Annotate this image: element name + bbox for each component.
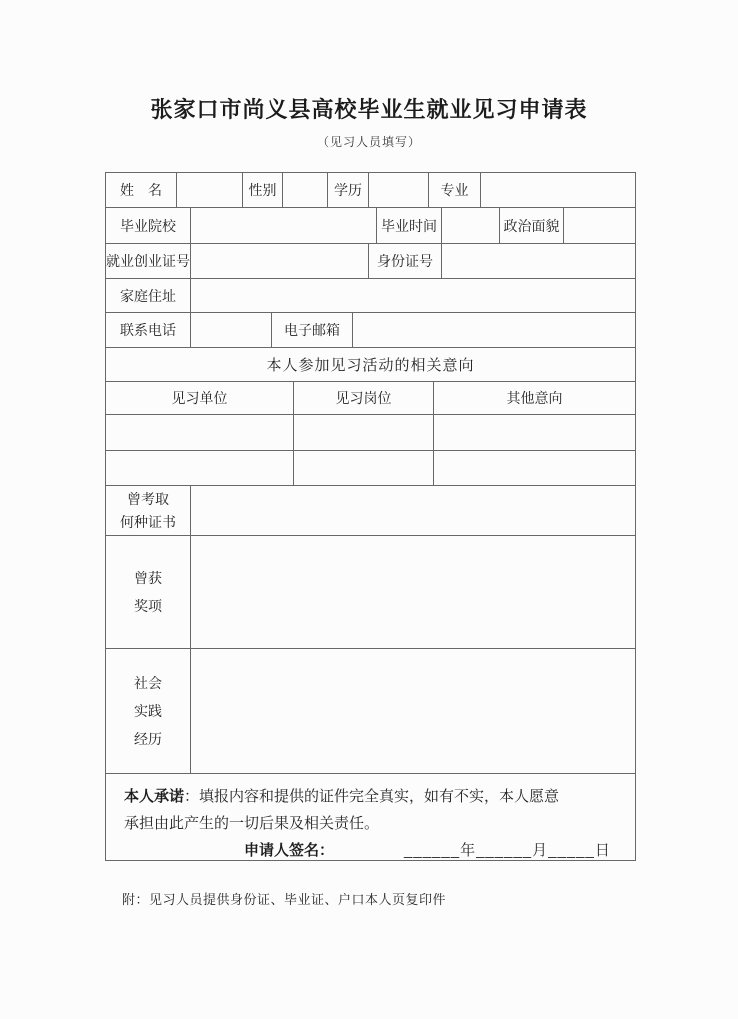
intention-entry-row-1 xyxy=(106,415,636,451)
table-row-basic-4: 家庭住址 xyxy=(106,279,636,313)
intention-unit-column-header: 见习单位 xyxy=(106,382,294,415)
email-value-cell xyxy=(353,313,636,348)
signature-row: 申请人签名： ______年______月_____日 xyxy=(124,839,617,860)
application-form-table: 姓 名 性别 学历 专业 毕业院校 毕业时间 政治面貌 就业创业证号 身份证号 xyxy=(105,172,636,861)
awards-label-line1: 曾获 xyxy=(134,564,162,592)
name-label: 姓 名 xyxy=(106,173,177,208)
commitment-cell: 本人承诺：填报内容和提供的证件完全真实，如有不实，本人愿意 承担由此产生的一切后… xyxy=(106,774,636,861)
form-document-sheet: 张家口市尚义县高校毕业生就业见习申请表 （见习人员填写） 姓 名 性别 学历 专… xyxy=(0,0,738,1019)
employment-cert-label: 就业创业证号 xyxy=(106,244,191,279)
table-row-basic-5: 联系电话 电子邮箱 xyxy=(106,313,636,348)
awards-row: 曾获 奖项 xyxy=(106,536,636,649)
table-row-basic-2: 毕业院校 毕业时间 政治面貌 xyxy=(106,208,636,244)
attachment-note: 附：见习人员提供身份证、毕业证、户口本人页复印件 xyxy=(122,889,446,908)
email-label: 电子邮箱 xyxy=(272,313,353,348)
page-title: 张家口市尚义县高校毕业生就业见习申请表 xyxy=(0,93,738,124)
social-practice-label-line1: 社会 xyxy=(134,669,162,697)
intention-other-cell-2 xyxy=(434,451,636,486)
employment-cert-value-cell xyxy=(191,244,369,279)
certificates-label-line2: 何种证书 xyxy=(120,511,176,534)
social-practice-label-line3: 经历 xyxy=(134,725,162,753)
intention-entry-row-2 xyxy=(106,451,636,486)
home-address-value-cell xyxy=(191,279,636,313)
commitment-row: 本人承诺：填报内容和提供的证件完全真实，如有不实，本人愿意 承担由此产生的一切后… xyxy=(106,774,636,861)
social-practice-label: 社会 实践 经历 xyxy=(106,649,191,774)
gender-value-cell xyxy=(283,173,328,208)
intention-post-column-header: 见习岗位 xyxy=(294,382,434,415)
intention-unit-cell-1 xyxy=(106,415,294,451)
date-blanks: ______年______月_____日 xyxy=(404,839,611,860)
intention-post-cell-1 xyxy=(294,415,434,451)
intention-other-column-header: 其他意向 xyxy=(434,382,636,415)
gender-label: 性别 xyxy=(243,173,283,208)
intention-post-cell-2 xyxy=(294,451,434,486)
commitment-line-1-text: ：填报内容和提供的证件完全真实，如有不实，本人愿意 xyxy=(184,788,559,805)
phone-value-cell xyxy=(191,313,272,348)
id-number-value-cell xyxy=(442,244,636,279)
commitment-bold-label: 本人承诺 xyxy=(124,788,184,805)
signature-label: 申请人签名： xyxy=(244,839,334,860)
education-label: 学历 xyxy=(328,173,369,208)
intention-columns-row: 见习单位 见习岗位 其他意向 xyxy=(106,382,636,415)
school-value-cell xyxy=(191,208,377,244)
grad-time-label: 毕业时间 xyxy=(377,208,442,244)
major-label: 专业 xyxy=(429,173,481,208)
home-address-label: 家庭住址 xyxy=(106,279,191,313)
id-number-label: 身份证号 xyxy=(369,244,442,279)
intention-unit-cell-2 xyxy=(106,451,294,486)
awards-label: 曾获 奖项 xyxy=(106,536,191,649)
intention-other-cell-1 xyxy=(434,415,636,451)
name-value-cell xyxy=(177,173,243,208)
table-row-basic-1: 姓 名 性别 学历 专业 xyxy=(106,173,636,208)
page-subtitle: （见习人员填写） xyxy=(0,133,738,150)
social-practice-value-cell xyxy=(191,649,636,774)
intention-section-header: 本人参加见习活动的相关意向 xyxy=(106,348,636,382)
certificates-label: 曾考取 何种证书 xyxy=(106,486,191,536)
certificates-label-line1: 曾考取 xyxy=(127,488,169,511)
awards-value-cell xyxy=(191,536,636,649)
social-practice-row: 社会 实践 经历 xyxy=(106,649,636,774)
political-status-value-cell xyxy=(564,208,636,244)
major-value-cell xyxy=(481,173,636,208)
education-value-cell xyxy=(369,173,429,208)
school-label: 毕业院校 xyxy=(106,208,191,244)
phone-label: 联系电话 xyxy=(106,313,191,348)
social-practice-label-line2: 实践 xyxy=(134,697,162,725)
political-status-label: 政治面貌 xyxy=(500,208,564,244)
awards-label-line2: 奖项 xyxy=(134,592,162,620)
intention-header-row: 本人参加见习活动的相关意向 xyxy=(106,348,636,382)
certificates-value-cell xyxy=(191,486,636,536)
commitment-line-2: 承担由此产生的一切后果及相关责任。 xyxy=(124,810,617,837)
commitment-line-1: 本人承诺：填报内容和提供的证件完全真实，如有不实，本人愿意 xyxy=(124,783,617,810)
table-row-basic-3: 就业创业证号 身份证号 xyxy=(106,244,636,279)
grad-time-value-cell xyxy=(442,208,500,244)
certificates-row: 曾考取 何种证书 xyxy=(106,486,636,536)
